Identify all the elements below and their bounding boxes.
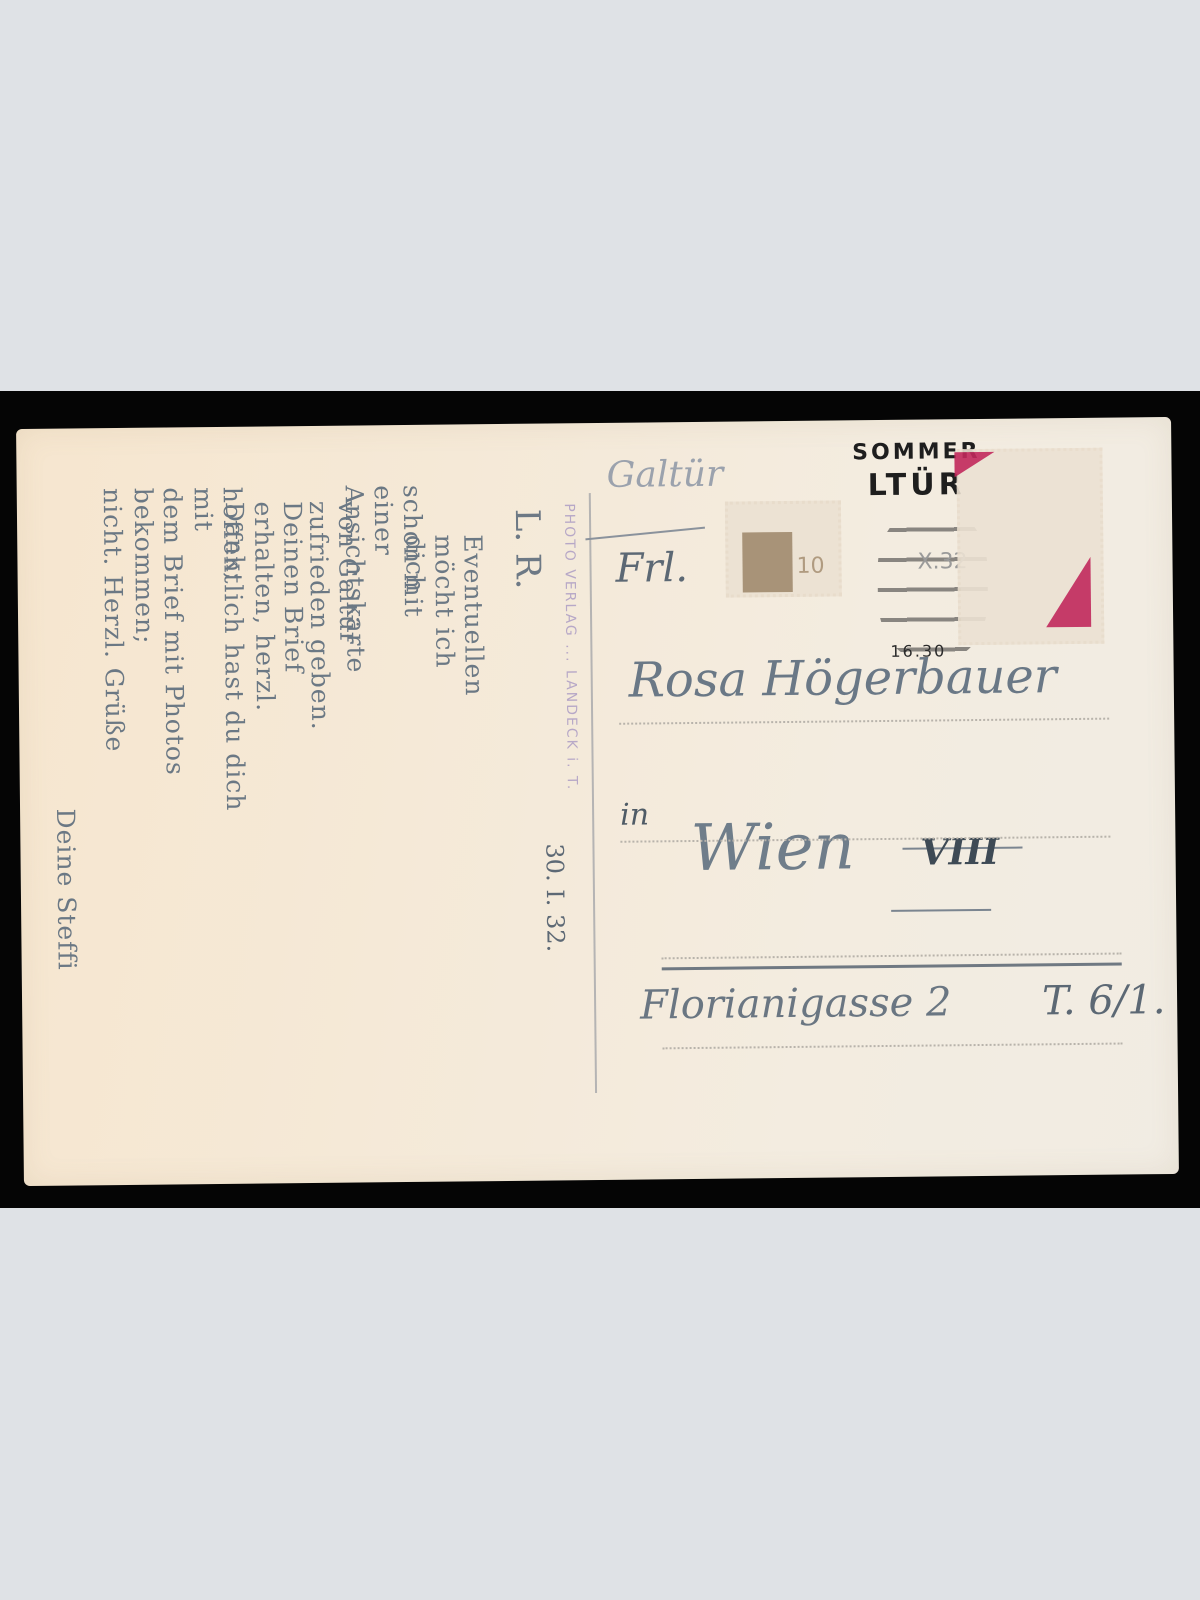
photo-frame: L. R. Eventuellen möcht ich dich schon m… — [0, 391, 1200, 1208]
message-date: 30. I. 32. — [540, 843, 569, 952]
signature: Deine Steffi — [51, 808, 82, 970]
address-solid-line — [662, 963, 1122, 971]
brown-stamp: 10 — [725, 500, 842, 597]
address-dotted-line — [619, 718, 1109, 725]
publisher-imprint: PHOTO VERLAG ... LANDECK i. T. — [561, 503, 580, 791]
recipient-city: Wien — [690, 810, 855, 886]
address-dotted-line — [663, 1043, 1123, 1050]
message-area: L. R. Eventuellen möcht ich dich schon m… — [16, 423, 599, 1186]
message-line: hoffentlich hast du dich mit — [189, 487, 251, 833]
postcard: L. R. Eventuellen möcht ich dich schon m… — [16, 417, 1179, 1186]
stamp-tower-icon — [742, 532, 793, 593]
address-dotted-line — [662, 953, 1122, 960]
message-line: dem Brief mit Photos bekommen; — [129, 487, 191, 893]
stamp-corner-ornament-icon — [1045, 557, 1091, 627]
message-line: von Galtür zufrieden geben. — [304, 500, 364, 731]
message-line: nicht. Herzl. Grüße — [98, 488, 130, 753]
stamp-value: 10 — [796, 554, 824, 579]
recipient-apartment: T. 6/1. — [1042, 977, 1166, 1024]
salutation: L. R. — [507, 509, 548, 590]
place-note: Galtür — [606, 454, 723, 496]
address-underline — [585, 527, 705, 541]
red-stamp — [956, 448, 1104, 646]
recipient-name: Rosa Högerbauer — [628, 648, 1057, 708]
district-underline — [891, 909, 991, 912]
address-title: Frl. — [615, 545, 688, 592]
address-preposition: in — [620, 797, 649, 832]
recipient-street: Florianigasse 2 — [640, 979, 952, 1028]
stamp-corner-ornament-icon — [954, 452, 994, 477]
